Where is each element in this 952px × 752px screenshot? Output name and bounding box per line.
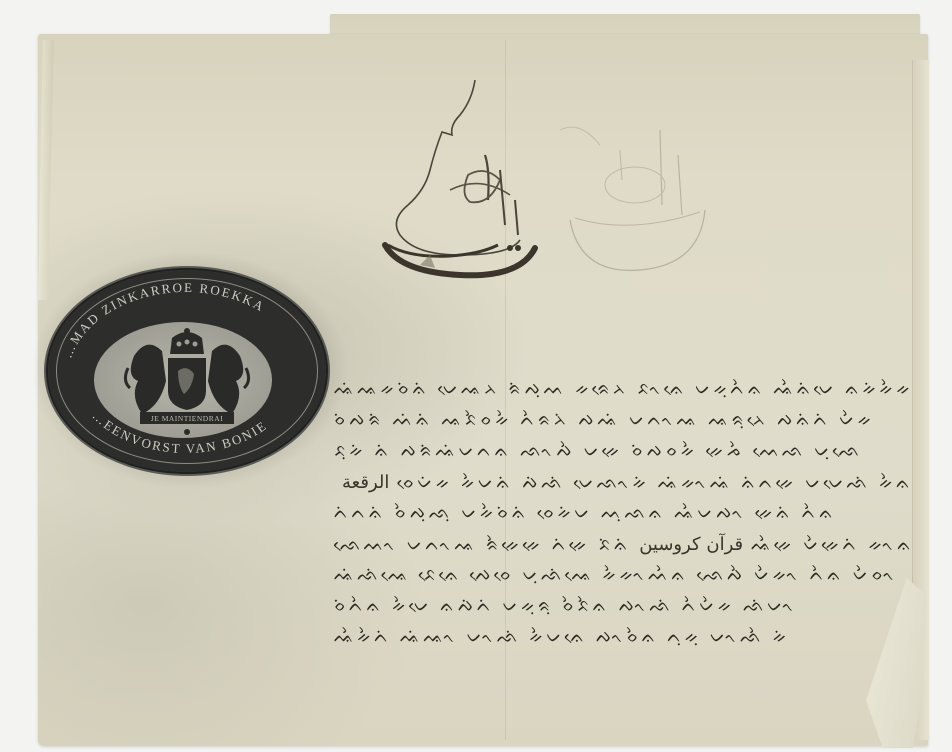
script-line-4: الرقعةᨔᨙᨆᨗᨀ ᨀᨛᨆᨊᨗ ᨄᨗᨒᨗ ᨆᨙᨒᨚᨀᨗ ᨕᨗᨀᨚᨕᨗ ᨊᨗᨈ… [334,467,914,498]
script-line-6: ᨒᨙᨓᨚ ᨆᨈᨚᨕ ᨑᨛᨀᨙᨀᨙ ᨈᨗᨀᨙ ᨅᨗᨊᨗقرآن كروسينᨕᨛᨀ… [334,529,914,560]
script-line-9: ᨕᨛᨀᨛᨈᨗ ᨕᨗᨕᨚ ᨆᨚᨒᨗ ᨀᨛᨆᨊᨙ ᨄᨚᨔᨛᨊ ᨈᨘᨀᨘ ᨆᨚᨒᨛ ᨀ… [334,622,914,653]
faint-stamp-impression [560,100,710,280]
script-line-1: ᨕᨗᨕᨀᨔᨗᨊᨗ ᨆᨙᨕᨂ ᨑᨗᨄᨘᨓ ᨀᨑᨙᨂ ᨅᨚᨊᨙ ᨆᨀᨘᨈᨛᨊ ᨕᨛᨊ… [334,374,914,405]
script-line-8: ᨔᨗᨈᨛᨊ ᨀᨛᨆᨙ ᨊᨄᨗᨈᨗ ᨆᨀᨘᨑᨘ ᨔᨛᨅᨛᨊ ᨄᨚᨒᨗ ᨈᨛᨆᨛᨀ … [334,591,914,622]
seal-motto: JE MAINTIENDRAI [151,414,223,423]
arabic-insert: قرآن كروسين [631,534,751,555]
script-line-5: ᨈᨗᨈᨊᨗ ᨔᨛᨄᨘᨒᨘ ᨆᨀᨛᨔᨗᨊᨗ ᨔᨙᨀᨗᨆ ᨓᨘᨒᨊ ᨕᨛᨆᨄᨚ ᨀᨙ… [334,498,914,529]
script-line-3: ᨅᨘᨀᨗ ᨊᨗ ᨄᨑᨗᨕᨗᨆᨈᨊ ᨒᨚᨄᨛ ᨆᨀᨙ ᨔᨗᨄᨔᨀᨛ ᨀᨙᨍᨛ ᨓᨙ… [334,436,914,467]
script-line-7: ᨕᨗᨒᨗᨕᨙ ᨅᨙᨊᨙ ᨄᨙᨔᨙ ᨆᨘᨒᨗᨕᨙ ᨀᨛᨀᨚᨓᨛᨊ ᨒᨙᨄᨛ ᨆᨛᨀ… [334,560,914,591]
tughra-calligraphy [380,80,540,290]
seal-crest: JE MAINTIENDRAI [122,326,252,436]
script-line-2: ᨔᨗᨄᨑᨗ ᨓᨗᨊᨗ ᨕᨅᨛᨔᨀᨛ ᨈᨛᨑᨂᨗ ᨄᨕᨗ ᨆᨈᨚᨕ ᨕᨑᨘᨂᨙ ᨄ… [334,405,914,436]
arabic-insert: الرقعة [334,472,397,493]
manuscript-body: ᨕᨗᨕᨀᨔᨗᨊᨗ ᨆᨙᨕᨂ ᨑᨗᨄᨘᨓ ᨀᨑᨙᨂ ᨅᨚᨊᨙ ᨆᨀᨘᨈᨛᨊ ᨕᨛᨊ… [334,374,914,653]
manuscript-photo: …MAD ZINKARROE ROEKKA …EENVORST VAN BONI… [0,0,952,752]
